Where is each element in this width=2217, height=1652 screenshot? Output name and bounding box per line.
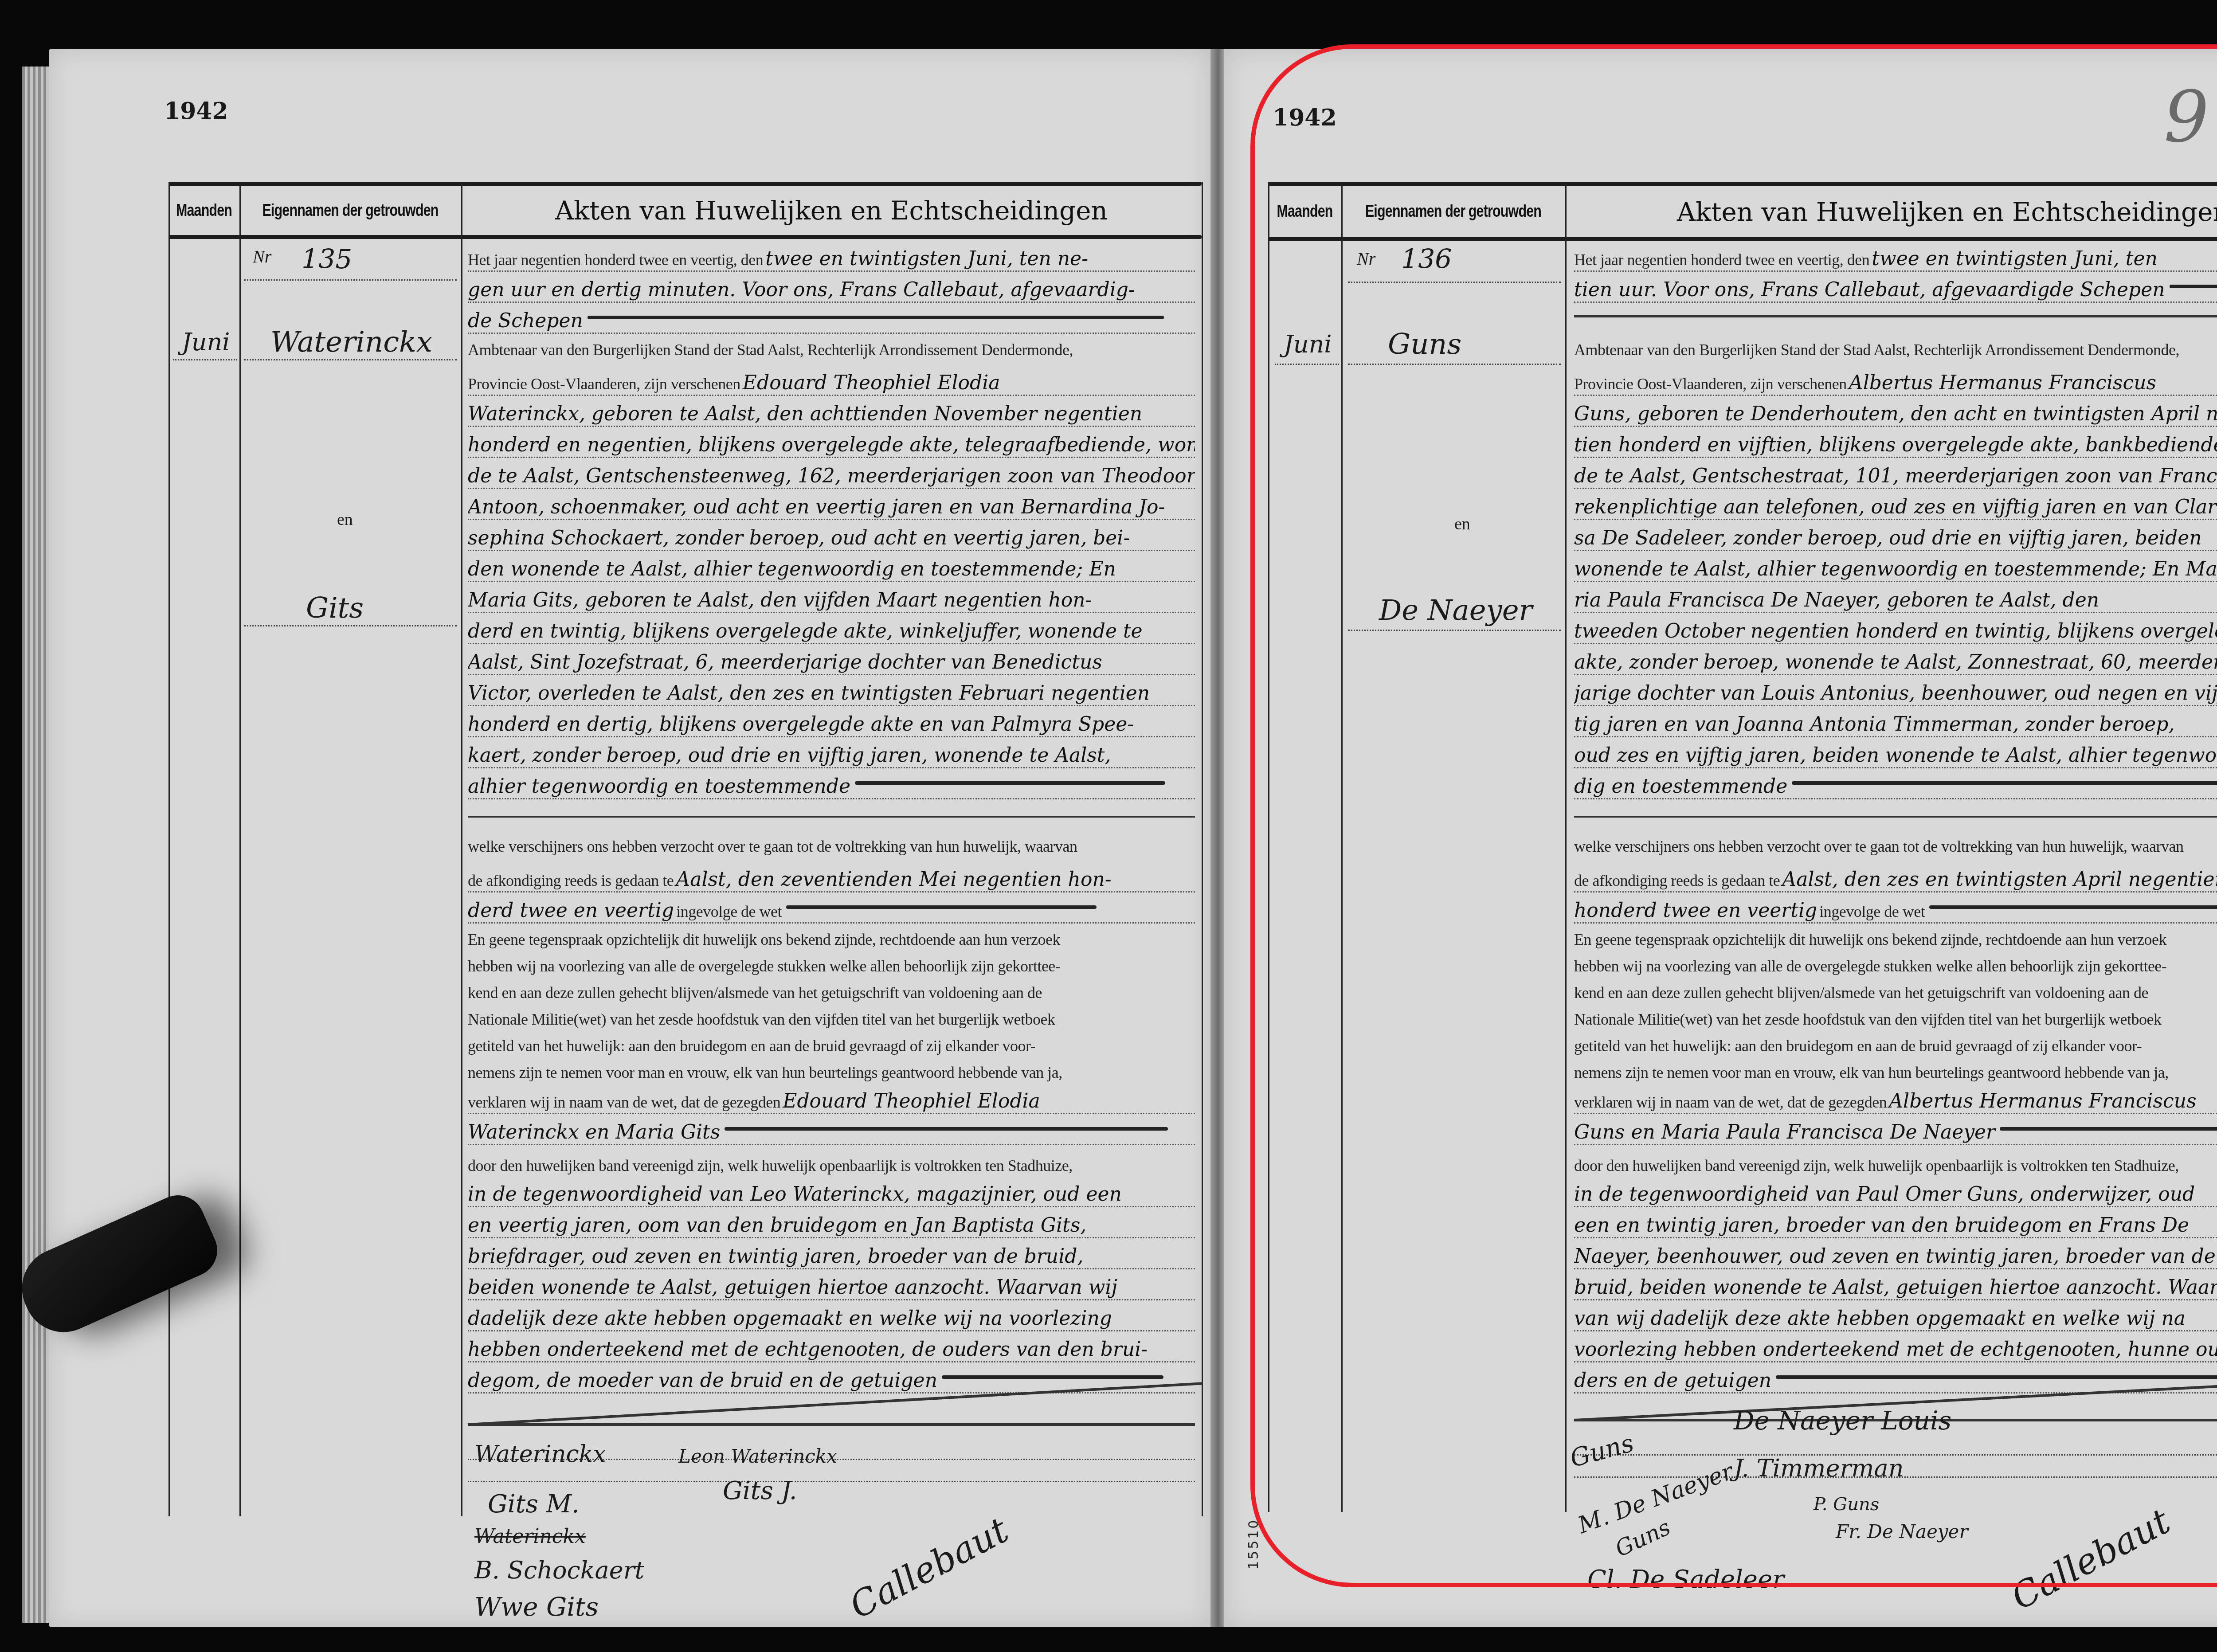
signature-waterinckx: Waterinckx [474,1441,606,1468]
signature-leon-waterinckx: Leon Waterinckx [678,1445,837,1467]
text-line: welke verschijners ons hebben verzocht o… [468,829,1195,860]
text-line: ria Paula Francisca De Naeyer, geboren t… [1574,581,2217,613]
record-number: 135 [302,244,353,275]
table-left-border [168,182,170,1516]
section-rule [1574,315,2217,317]
right-page: 1942 9 70 Maanden Eigennamen der getrouw… [1224,49,2217,1627]
header-top-rule [1268,182,2217,186]
header-maanden: Maanden [176,186,232,235]
record-number-label: Nr [1357,248,1375,269]
year-label: 1942 [164,98,228,125]
month-entry: Juni [182,328,230,356]
text-line: akte, zonder beroep, wonende te Aalst, Z… [1574,643,2217,675]
text-line: voorlezing hebben onderteekend met de ec… [1574,1330,2217,1362]
text-line: briefdrager, oud zeven en twintig jaren,… [468,1237,1195,1269]
text-line: Victor, overleden te Aalst, den zes en t… [468,674,1195,706]
fill-stroke [588,316,1164,319]
fill-stroke [1776,1375,2217,1379]
text-line: een en twintig jaren, broeder van den br… [1574,1206,2217,1238]
text-line: ders en de getuigen [1574,1361,2217,1394]
groom-surname: Guns [1388,328,1461,361]
column-divider-1 [1341,182,1343,1512]
text-line: de te Aalst, Gentschensteenweg, 162, mee… [468,457,1195,489]
signature-gits-m: Gits M. [488,1490,580,1519]
text-line: derd en twintig, blijkens overgelegde ak… [468,612,1195,644]
header-eigennamen: Eigennamen der getrouwden [1364,186,1543,237]
groom-surname: Waterinckx [270,326,432,359]
text-line: Ambtenaar van den Burgerlijken Stand der… [1574,333,2217,364]
signature-gits-j: Gits J. [723,1476,797,1505]
text-line: bruid, beiden wonende te Aalst, getuigen… [1574,1268,2217,1300]
header-akten: Akten van Huwelijken en Echtscheidingen [1565,186,2217,237]
header-akten: Akten van Huwelijken en Echtscheidingen [461,186,1202,235]
section-rule [1574,816,2217,818]
header-eigennamen: Eigennamen der getrouwden [262,186,439,235]
text-line: tien uur. Voor ons, Frans Callebaut, afg… [1574,270,2217,303]
record-number: 136 [1401,244,1452,275]
fill-stroke [2000,1127,2217,1131]
text-line: Het jaar negentien honderd twee en veert… [1574,239,2217,272]
text-line: Guns, geboren te Denderhoutem, den acht … [1574,395,2217,427]
text-line: de te Aalst, Gentschestraat, 101, meerde… [1574,457,2217,489]
fill-stroke [855,781,1165,785]
text-line: Antoon, schoenmaker, oud acht en veertig… [468,488,1195,520]
text-line: sephina Schockaert, zonder beroep, oud a… [468,519,1195,551]
signature-officer: Callebaut [843,1509,1015,1627]
header-bottom-rule [168,235,1202,239]
text-line: alhier tegenwoordig en toestemmende [468,767,1195,799]
text-line: Het jaar negentien honderd twee en veert… [468,239,1195,272]
text-line: kaert, zonder beroep, oud drie en vijfti… [468,736,1195,768]
fill-stroke [1929,905,2217,909]
header-top-rule [168,182,1202,186]
bride-line [244,625,457,626]
section-rule [468,816,1195,818]
column-divider-1 [239,182,241,1516]
table-left-border [1268,182,1269,1512]
text-line: van wij dadelijk deze akte hebben opgema… [1574,1299,2217,1331]
en-separator: en [337,510,353,529]
text-line: Waterinckx en Maria Gits [468,1113,1195,1145]
text-line: Guns en Maria Paula Francisca De Naeyer [1574,1113,2217,1145]
text-line: sa De Sadeleer, zonder beroep, oud drie … [1574,519,2217,551]
signature-guns-groom: Guns [1567,1429,1637,1473]
column-divider-2 [461,182,462,1516]
text-line: dig en toestemmende [1574,767,2217,799]
groom-line [244,359,457,360]
text-line: dadelijk deze akte hebben opgemaakt en w… [468,1299,1195,1331]
bride-surname: De Naeyer [1379,594,1532,627]
text-line: honderd en dertig, blijkens overgelegde … [468,705,1195,737]
text-line: den wonende te Aalst, alhier tegenwoordi… [468,550,1195,582]
month-line [1275,364,1339,365]
year-label: 1942 [1273,104,1337,131]
month-line [173,359,237,360]
signature-schockaert: B. Schockaert [474,1556,644,1584]
fill-stroke [942,1375,1163,1379]
text-line: Waterinckx, geboren te Aalst, den achtti… [468,395,1195,427]
text-line: honderd twee en veertig ingevolge de wet [1574,891,2217,924]
fill-stroke [2170,285,2217,288]
signature-fr-de-naeyer: Fr. De Naeyer [1836,1521,1968,1542]
bride-line [1348,630,1561,631]
closing-rule [468,1423,1195,1426]
text-line: de afkondiging reeds is gedaan te Aalst,… [468,860,1195,893]
text-line: derd twee en veertig ingevolge de wet [468,891,1195,924]
text-line: Aalst, Sint Jozefstraat, 6, meerderjarig… [468,643,1195,675]
text-line: jarige dochter van Louis Antonius, beenh… [1574,674,2217,706]
text-line: hebben onderteekend met de echtgenooten,… [468,1330,1195,1362]
text-line: gen uur en dertig minuten. Voor ons, Fra… [468,270,1195,303]
signature-waterinckx-2: Waterinckx [474,1525,586,1548]
text-line: tig jaren en van Joanna Antonia Timmerma… [1574,705,2217,737]
text-line: tien honderd en vijftien, blijkens overg… [1574,426,2217,458]
text-line: honderd en negentien, blijkens overgeleg… [468,426,1195,458]
printer-mark: 15510 [1246,1519,1261,1570]
signature-p-guns: P. Guns [1814,1494,1879,1515]
table-right-border [1202,182,1203,1516]
text-line: oud zes en vijftig jaren, beiden wonende… [1574,736,2217,768]
fill-stroke [786,905,1097,909]
text-line: verklaren wij in naam van de wet, dat de… [468,1082,1195,1114]
text-line: verklaren wij in naam van de wet, dat de… [1574,1082,2217,1114]
pencil-annotation: 9 [2164,75,2209,158]
header-maanden: Maanden [1276,186,1334,237]
record-number-line [244,279,457,281]
text-line: in de tegenwoordigheid van Leo Waterinck… [468,1175,1195,1207]
left-page: 1942 Maanden Eigennamen der getrouwden A… [49,49,1210,1627]
record-number-label: Nr [253,246,271,267]
text-line: Ambtenaar van den Burgerlijken Stand der… [468,333,1195,364]
signature-de-naeyer-louis: De Naeyer Louis [1734,1405,1951,1436]
fill-stroke [725,1127,1168,1131]
groom-line [1348,364,1561,365]
text-line: welke verschijners ons hebben verzocht o… [1574,829,2217,860]
text-line: rekenplichtige aan telefonen, oud zes en… [1574,488,2217,520]
signature-officer: Callebaut [2005,1500,2177,1618]
signature-wwe-gits: Wwe Gits [474,1592,599,1622]
fill-stroke [1792,781,2217,785]
signature-timmerman: J. Timmerman [1734,1454,1904,1482]
text-line: Provincie Oost-Vlaanderen, zijn verschen… [468,364,1195,396]
text-line: en veertig jaren, oom van den bruidegom … [468,1206,1195,1238]
record-number-line [1348,282,1561,283]
en-separator: en [1454,514,1470,534]
signature-line [468,1481,1195,1482]
bride-surname: Gits [306,592,364,625]
text-line: de Schepen [468,301,1195,334]
text-line: Provincie Oost-Vlaanderen, zijn verschen… [1574,364,2217,396]
text-line: beiden wonende te Aalst, getuigen hierto… [468,1268,1195,1300]
text-line: de afkondiging reeds is gedaan te Aalst,… [1574,860,2217,893]
text-line: tweeden October negentien honderd en twi… [1574,612,2217,644]
text-line: Naeyer, beenhouwer, oud zeven en twintig… [1574,1237,2217,1269]
text-line: Maria Gits, geboren te Aalst, den vijfde… [468,581,1195,613]
column-divider-2 [1565,182,1567,1512]
month-entry: Juni [1284,330,1332,358]
text-line: in de tegenwoordigheid van Paul Omer Gun… [1574,1175,2217,1207]
text-line: wonende te Aalst, alhier tegenwoordig en… [1574,550,2217,582]
signature-de-sadeleer: Cl. De Sadeleer [1587,1565,1784,1594]
